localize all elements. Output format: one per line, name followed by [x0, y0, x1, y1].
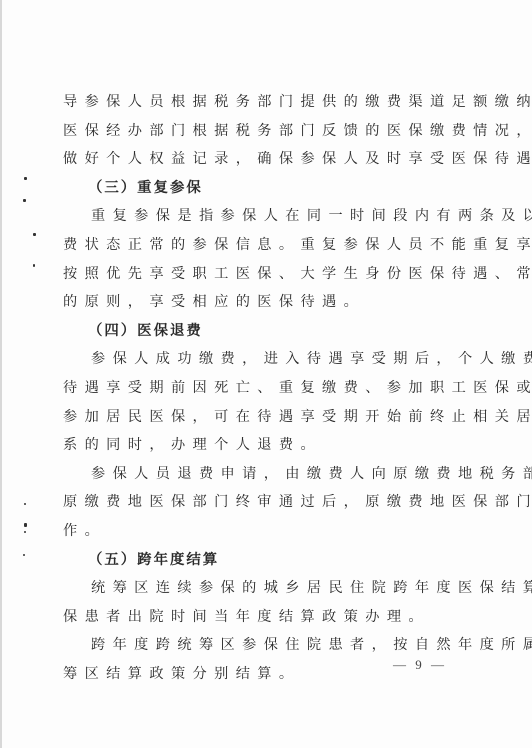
scan-speck: [24, 503, 26, 505]
scan-speck: [33, 264, 35, 267]
text-line: 统筹区连续参保的城乡居民住院跨年度医保结算，统一以参: [63, 574, 455, 603]
text-line: 做好个人权益记录，确保参保人及时享受医保待遇。: [63, 145, 455, 174]
text-line: 作。: [63, 517, 455, 546]
paragraph-cross-year-1: 统筹区连续参保的城乡居民住院跨年度医保结算，统一以参 保患者出院时间当年度结算政…: [63, 574, 455, 631]
scan-speck: [24, 177, 27, 180]
document-body: 导参保人员根据税务部门提供的缴费渠道足额缴纳医疗保险费， 医保经办部门根据税务部…: [63, 88, 455, 688]
text-line: 参保人员退费申请，由缴费人向原缴费地税务部门提出，经: [63, 460, 455, 489]
text-line: 保患者出院时间当年度结算政策办理。: [63, 603, 455, 632]
scan-speck: [23, 554, 25, 556]
document-page: 导参保人员根据税务部门提供的缴费渠道足额缴纳医疗保险费， 医保经办部门根据税务部…: [0, 0, 532, 748]
section-heading-duplicate-enrollment: （三）重复参保: [63, 174, 455, 203]
paragraph-duplicate-enrollment: 重复参保是指参保人在同一时间段内有两条及以上参保缴 费状态正常的参保信息。重复参…: [63, 202, 455, 316]
scan-speck: [33, 233, 36, 236]
text-line: 重复参保是指参保人在同一时间段内有两条及以上参保缴: [63, 202, 455, 231]
paragraph-continuation: 导参保人员根据税务部门提供的缴费渠道足额缴纳医疗保险费， 医保经办部门根据税务部…: [63, 88, 455, 174]
scan-speck: [24, 523, 27, 527]
section-heading-refund: （四）医保退费: [63, 317, 455, 346]
scan-edge: [0, 0, 2, 748]
text-line: 参加居民医保，可在待遇享受期开始前终止相关居民医保参保关: [63, 403, 455, 432]
paragraph-refund-1: 参保人成功缴费，进入待遇享受期后，个人缴费不再退回。 待遇享受期前因死亡、重复缴…: [63, 345, 455, 459]
text-line: 原缴费地医保部门终审通过后，原缴费地医保部门完成退费工: [63, 488, 455, 517]
section-heading-cross-year-settlement: （五）跨年度结算: [63, 546, 455, 575]
text-line: 参保人成功缴费，进入待遇享受期后，个人缴费不再退回。: [63, 345, 455, 374]
text-line: 待遇享受期前因死亡、重复缴费、参加职工医保或在其他统筹区: [63, 374, 455, 403]
text-line: 医保经办部门根据税务部门反馈的医保缴费情况，及时为参保人: [63, 117, 455, 146]
text-line: 费状态正常的参保信息。重复参保人员不能重复享受医保待遇，: [63, 231, 455, 260]
text-line: 导参保人员根据税务部门提供的缴费渠道足额缴纳医疗保险费，: [63, 88, 455, 117]
text-line: 按照优先享受职工医保、大学生身份医保待遇、常住地医保待遇: [63, 260, 455, 289]
scan-speck: [24, 531, 26, 533]
paragraph-refund-2: 参保人员退费申请，由缴费人向原缴费地税务部门提出，经 原缴费地医保部门终审通过后…: [63, 460, 455, 546]
text-line: 跨年度跨统筹区参保住院患者，按自然年度所属不同参保统: [63, 631, 455, 660]
text-line: 系的同时，办理个人退费。: [63, 431, 455, 460]
text-line: 的原则，享受相应的医保待遇。: [63, 288, 455, 317]
scan-speck: [23, 199, 26, 202]
page-number: — 9 —: [393, 657, 447, 673]
